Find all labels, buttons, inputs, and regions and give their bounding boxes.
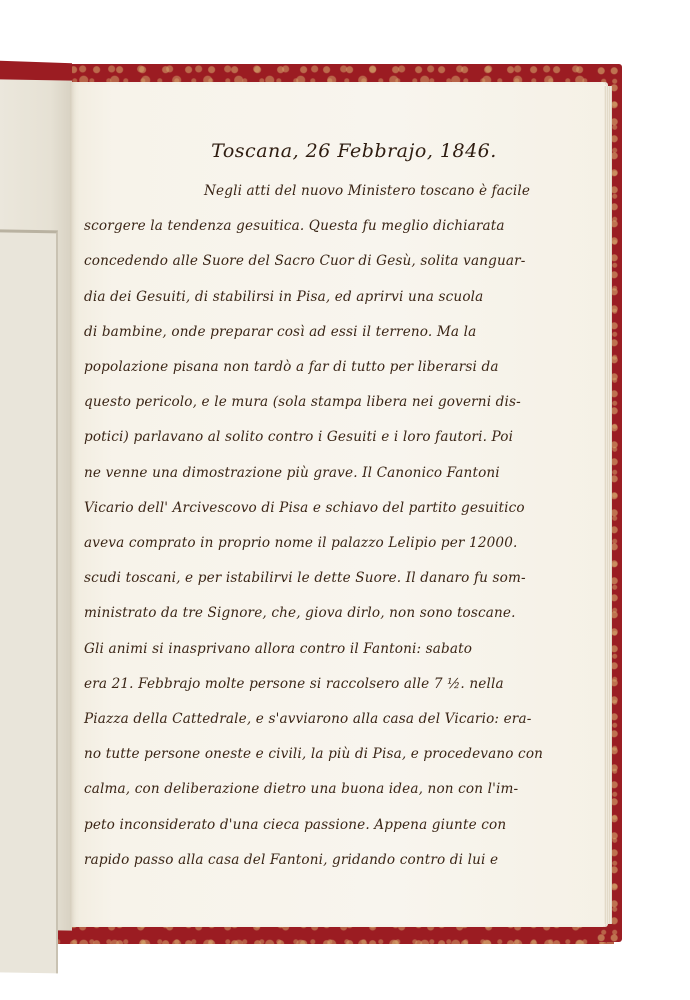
text-line: scorgere la tendenza gesuitica. Questa f… (84, 209, 584, 244)
manuscript-photo: Toscana, 26 Febbrajo, 1846. Negli atti d… (0, 0, 690, 1000)
handwritten-text: Toscana, 26 Febbrajo, 1846. Negli atti d… (84, 140, 584, 878)
left-pastedown-page (0, 79, 72, 930)
left-page-panel (0, 229, 58, 973)
text-line: calma, con deliberazione dietro una buon… (84, 772, 584, 807)
text-line: aveva comprato in proprio nome il palazz… (84, 526, 584, 561)
text-line: ne venne una dimostrazione più grave. Il… (84, 456, 584, 491)
text-line: di bambine, onde preparar così ad essi i… (84, 315, 584, 350)
page-heading: Toscana, 26 Febbrajo, 1846. (124, 140, 584, 162)
text-line: scudi toscani, e per istabilirvi le dett… (84, 561, 584, 596)
text-line: rapido passo alla casa del Fantoni, grid… (84, 843, 584, 878)
text-line: peto inconsiderato d'una cieca passione.… (84, 808, 584, 843)
text-line: questo pericolo, e le mura (sola stampa … (84, 385, 584, 420)
text-line: Vicario dell' Arcivescovo di Pisa e schi… (84, 491, 584, 526)
text-line: potici) parlavano al solito contro i Ges… (84, 420, 584, 455)
text-line: Piazza della Cattedrale, e s'avviarono a… (84, 702, 584, 737)
text-line: dia dei Gesuiti, di stabilirsi in Pisa, … (84, 280, 584, 315)
text-line: Negli atti del nuovo Ministero toscano è… (84, 174, 584, 209)
page-edges (604, 86, 612, 924)
text-line: concedendo alle Suore del Sacro Cuor di … (84, 244, 584, 279)
text-line: era 21. Febbrajo molte persone si raccol… (84, 667, 584, 702)
text-line: ministrato da tre Signore, che, giova di… (84, 596, 584, 631)
text-line: popolazione pisana non tardò a far di tu… (84, 350, 584, 385)
text-line: Gli animi si inasprivano allora contro i… (84, 632, 584, 667)
text-line: no tutte persone oneste e civili, la più… (84, 737, 584, 772)
